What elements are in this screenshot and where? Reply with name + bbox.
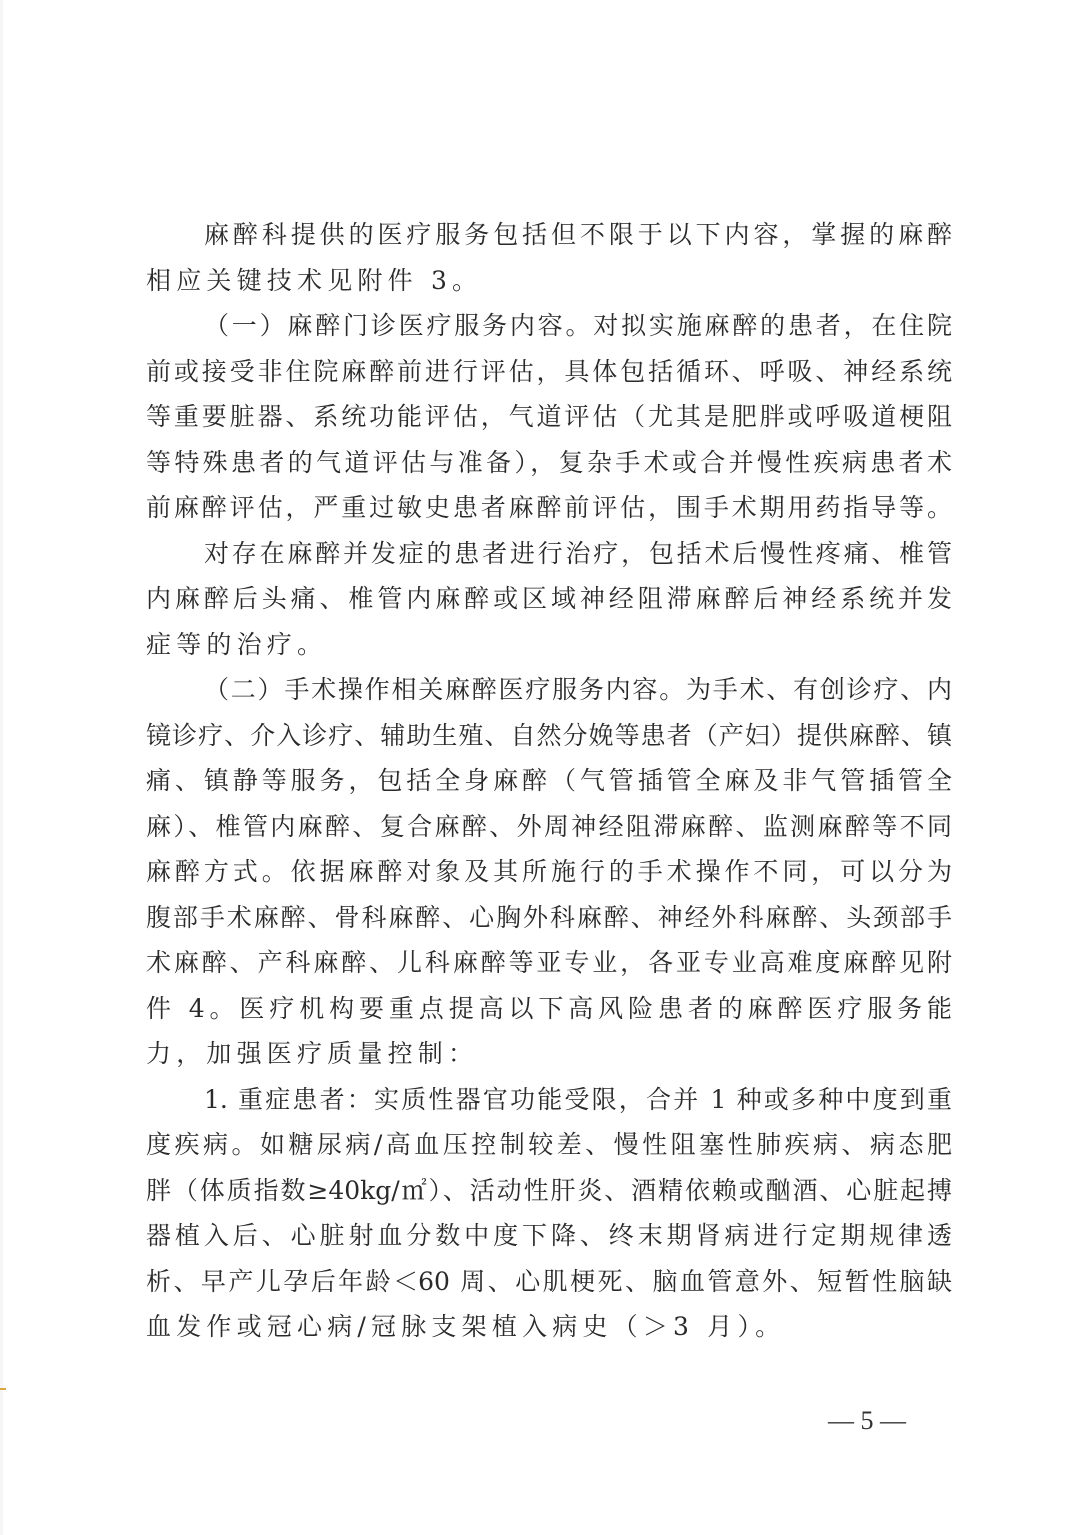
text-line: 件 4。医疗机构要重点提高以下高风险患者的麻醉医疗服务能 — [146, 986, 952, 1032]
text-line: 症等的治疗。 — [146, 622, 952, 668]
text-line: 血发作或冠心病/冠脉支架植入病史（＞3 月）。 — [146, 1304, 952, 1350]
binding-mark — [0, 1388, 6, 1390]
text-line: 内麻醉后头痛、椎管内麻醉或区域神经阻滞麻醉后神经系统并发 — [146, 576, 952, 622]
text-line: 相应关键技术见附件 3。 — [146, 258, 952, 304]
text-line: 等重要脏器、系统功能评估，气道评估（尤其是肥胖或呼吸道梗阻 — [146, 394, 952, 440]
text-line: 痛、镇静等服务，包括全身麻醉（气管插管全麻及非气管插管全 — [146, 758, 952, 804]
text-line: 麻）、椎管内麻醉、复合麻醉、外周神经阻滞麻醉、监测麻醉等不同 — [146, 804, 952, 850]
text-line: 胖（体质指数≥40kg/㎡）、活动性肝炎、酒精依赖或酗酒、心脏起搏 — [146, 1168, 952, 1214]
text-line: 前麻醉评估，严重过敏史患者麻醉前评估，围手术期用药指导等。 — [146, 485, 952, 531]
text-line: 析、早产儿孕后年龄＜60 周、心肌梗死、脑血管意外、短暂性脑缺 — [146, 1259, 952, 1305]
document-page: 麻醉科提供的医疗服务包括但不限于以下内容，掌握的麻醉 相应关键技术见附件 3。 … — [0, 0, 1080, 1535]
text-line: 等特殊患者的气道评估与准备），复杂手术或合并慢性疾病患者术 — [146, 440, 952, 486]
text-line: （二）手术操作相关麻醉医疗服务内容。为手术、有创诊疗、内 — [146, 667, 952, 713]
text-line: 腹部手术麻醉、骨科麻醉、心胸外科麻醉、神经外科麻醉、头颈部手 — [146, 895, 952, 941]
page-edge-shadow — [0, 0, 3, 1535]
text-line: 前或接受非住院麻醉前进行评估，具体包括循环、呼吸、神经系统 — [146, 349, 952, 395]
text-line: 麻醉方式。依据麻醉对象及其所施行的手术操作不同，可以分为 — [146, 849, 952, 895]
text-line: 力，加强医疗质量控制： — [146, 1031, 952, 1077]
page-number: — 5 — — [828, 1404, 938, 1438]
text-line: 度疾病。如糖尿病/高血压控制较差、慢性阻塞性肺疾病、病态肥 — [146, 1122, 952, 1168]
text-line: 镜诊疗、介入诊疗、辅助生殖、自然分娩等患者（产妇）提供麻醉、镇 — [146, 713, 952, 759]
text-line: （一）麻醉门诊医疗服务内容。对拟实施麻醉的患者，在住院 — [146, 303, 952, 349]
text-line: 麻醉科提供的医疗服务包括但不限于以下内容，掌握的麻醉 — [146, 212, 952, 258]
text-line: 1. 重症患者：实质性器官功能受限，合并 1 种或多种中度到重 — [146, 1077, 952, 1123]
text-line: 对存在麻醉并发症的患者进行治疗，包括术后慢性疼痛、椎管 — [146, 531, 952, 577]
text-line: 器植入后、心脏射血分数中度下降、终末期肾病进行定期规律透 — [146, 1213, 952, 1259]
body-text: 麻醉科提供的医疗服务包括但不限于以下内容，掌握的麻醉 相应关键技术见附件 3。 … — [146, 212, 956, 1350]
text-line: 术麻醉、产科麻醉、儿科麻醉等亚专业，各亚专业高难度麻醉见附 — [146, 940, 952, 986]
